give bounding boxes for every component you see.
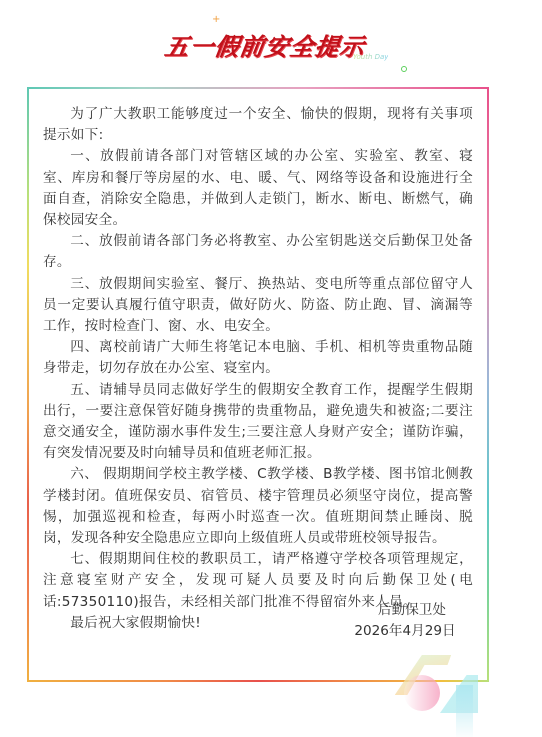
item-1-paragraph: 一、放假前请各部门对管辖区域的办公室、实验室、教室、寝室、库房和餐厅等房屋的水、… — [43, 146, 473, 231]
digit-4-stem-shape — [456, 685, 473, 737]
youth-day-decoration: Youth Day — [353, 53, 388, 61]
digit-5-circle-shape — [404, 675, 440, 711]
frame-border-top — [27, 87, 489, 89]
plus-decoration-icon: + — [212, 15, 220, 25]
notice-body: 为了广大教职工能够度过一个安全、愉快的假期，现将有关事项提示如下: 一、放假前请… — [43, 104, 473, 634]
youth-day-54-logo-icon — [390, 640, 510, 737]
item-3-paragraph: 三、放假期间实验室、餐厅、换热站、变电所等重点部位留守人员一定要认真履行值守职责… — [43, 274, 473, 338]
circle-decoration-icon — [401, 66, 407, 72]
item-5-paragraph: 五、请辅导员同志做好学生的假期安全教育工作，提醒学生假期出行，一要注意保管好随身… — [43, 380, 473, 465]
signature-department: 后勤保卫处 — [330, 600, 480, 621]
item-4-paragraph: 四、离校前请广大师生将笔记本电脑、手机、相机等贵重物品随身带走，切勿存放在办公室… — [43, 337, 473, 379]
frame-border-right — [487, 87, 489, 682]
signature-block: 后勤保卫处 2026年4月29日 — [330, 600, 480, 642]
item-2-paragraph: 二、放假前请各部门务必将教室、办公室钥匙送交后勤保卫处备存。 — [43, 231, 473, 273]
header: + 五一假前安全提示 Youth Day — [0, 0, 542, 80]
frame-border-left — [27, 87, 29, 682]
page-title: 五一假前安全提示 — [163, 27, 368, 62]
intro-paragraph: 为了广大教职工能够度过一个安全、愉快的假期，现将有关事项提示如下: — [43, 104, 473, 146]
item-6-paragraph: 六、 假期期间学校主教学楼、C教学楼、B教学楼、图书馆北侧教学楼封闭。值班保安员… — [43, 464, 473, 549]
